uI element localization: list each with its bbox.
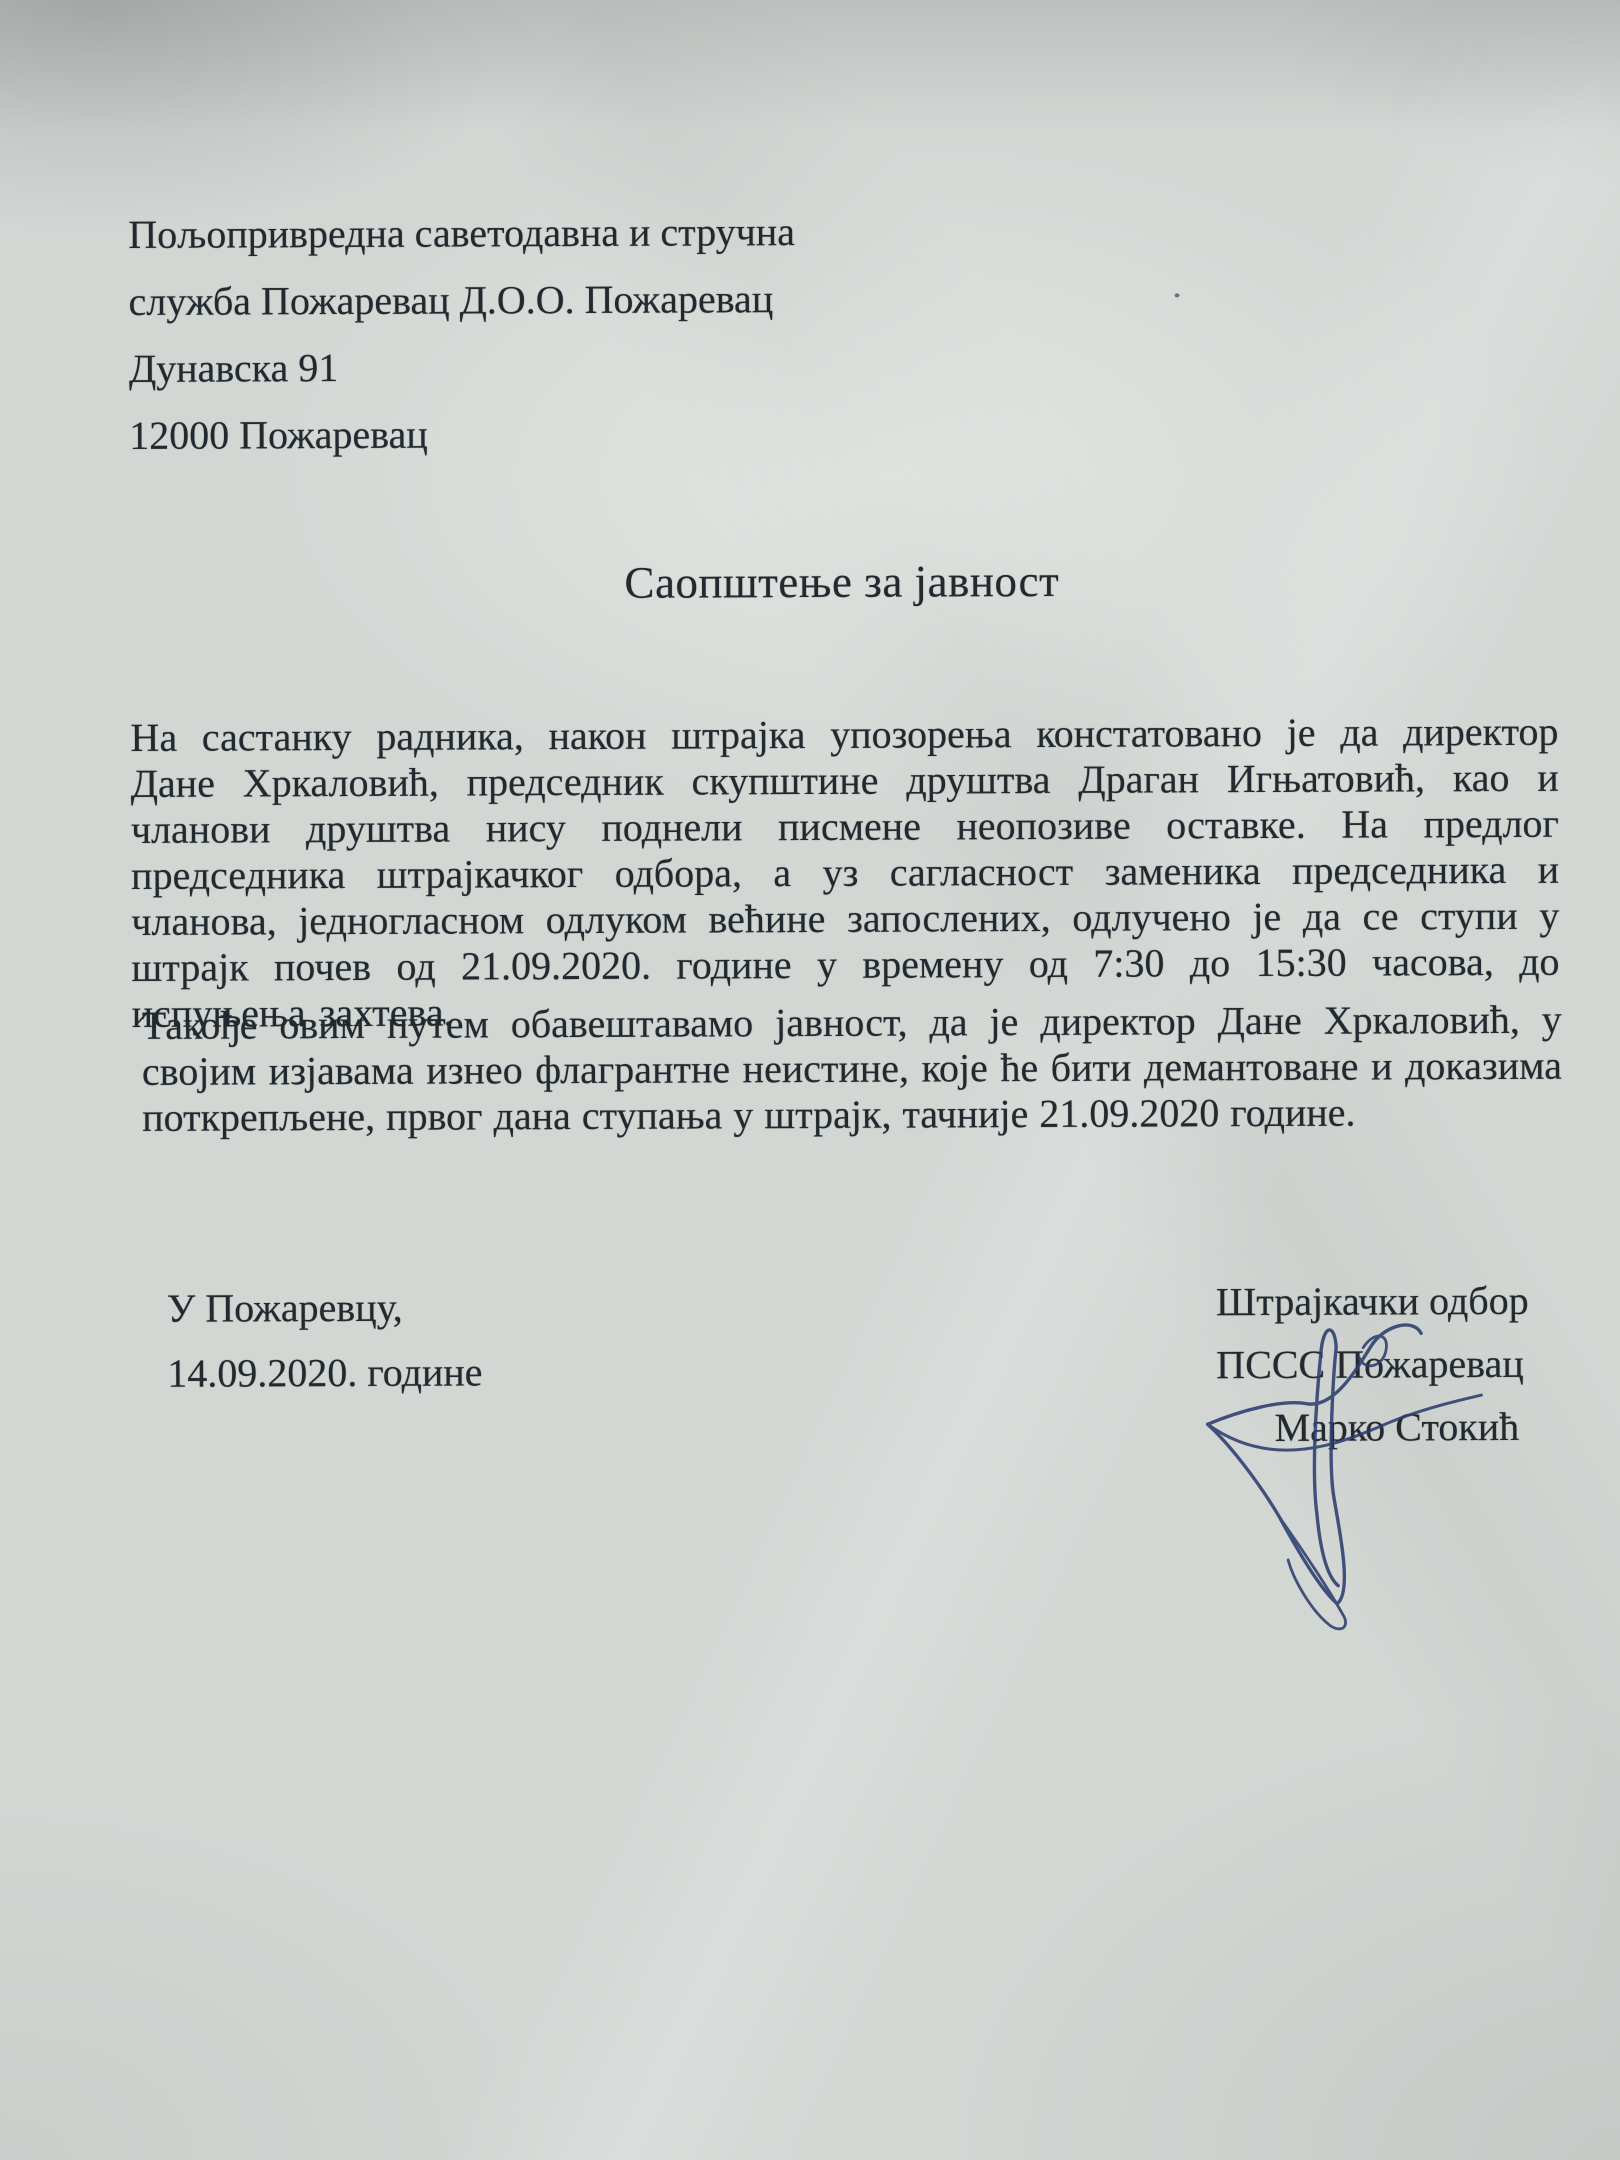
paper-sheet: Пољопривредна саветодавна и стручна служ… [0, 0, 1620, 2160]
paper-speck [1175, 293, 1180, 297]
sender-address-block: Пољопривредна саветодавна и стручна служ… [128, 212, 796, 483]
body-paragraph-2: Такође овим путем обавештавамо јавност, … [142, 997, 1563, 1141]
date-line: 14.09.2020. године [167, 1352, 482, 1393]
sender-line-4: 12000 Пожаревац [129, 413, 796, 456]
sender-line-3: Дунавска 91 [129, 346, 796, 389]
body-paragraph-1: На састанку радника, након штрајка упозо… [130, 709, 1559, 1037]
document-title: Саопштење за јавност [32, 554, 1620, 609]
place-line: У Пожаревцу, [167, 1287, 482, 1328]
place-date-block: У Пожаревцу, 14.09.2020. године [167, 1287, 483, 1418]
sender-line-2: служба Пожаревац Д.О.О. Пожаревац [129, 279, 796, 322]
handwritten-signature [1183, 1313, 1506, 1646]
sender-line-1: Пољопривредна саветодавна и стручна [128, 212, 795, 255]
document-photo: Пољопривредна саветодавна и стручна служ… [0, 0, 1620, 2160]
